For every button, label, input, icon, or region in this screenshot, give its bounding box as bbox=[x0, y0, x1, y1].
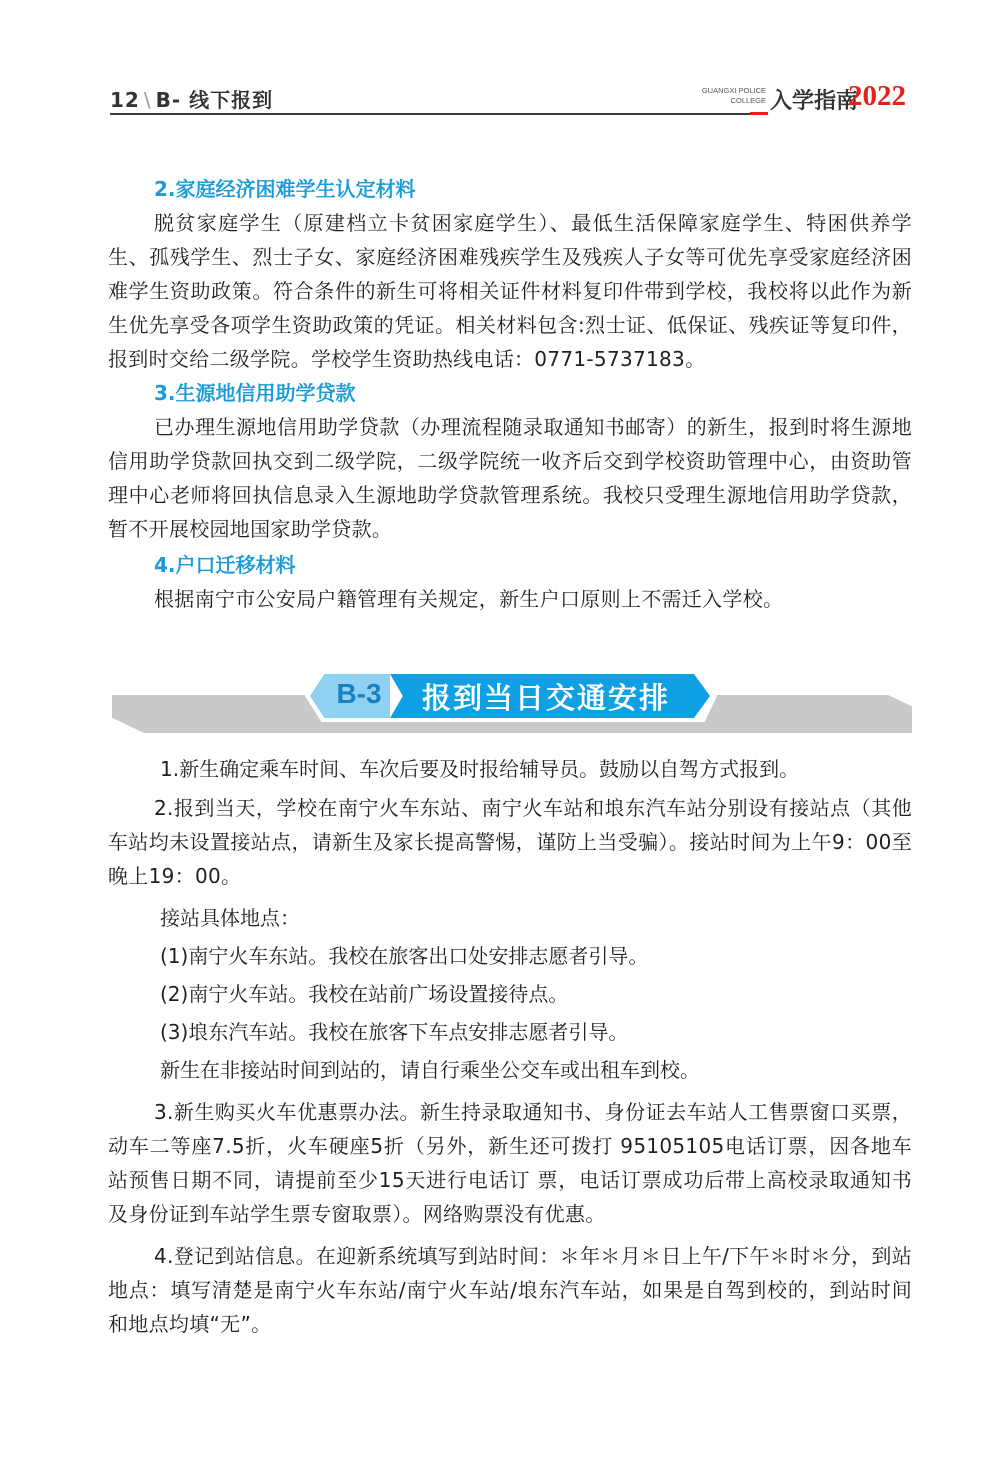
banner-tab-label: B-3 bbox=[324, 678, 394, 710]
transport-section: 1.新生确定乘车时间、车次后要及时报给辅导员。鼓励以自驾方式报到。 2.报到当天… bbox=[108, 752, 912, 1344]
banner-title: 报到当日交通安排 bbox=[422, 676, 670, 717]
financial-aid-section: 2.家庭经济困难学生认定材料 脱贫家庭学生（原建档立卡贫困家庭学生）、最低生活保… bbox=[108, 172, 912, 616]
pickup-title: 接站具体地点： bbox=[108, 901, 912, 935]
paragraph-train-discount: 3.新生购买火车优惠票办法。新生持录取通知书、身份证去车站人工售票窗口买票，动车… bbox=[108, 1095, 912, 1231]
pickup-point-3: (3)埌东汽车站。我校在旅客下车点安排志愿者引导。 bbox=[108, 1015, 912, 1049]
paragraph-household-registration: 根据南宁市公安局户籍管理有关规定，新生户口原则上不需迁入学校。 bbox=[108, 582, 912, 616]
separator: \ bbox=[144, 88, 152, 112]
section-label: B- 线下报到 bbox=[156, 88, 274, 112]
pickup-note: 新生在非接站时间到站的，请自行乘坐公交车或出租车到校。 bbox=[108, 1053, 912, 1087]
heading-hardship-materials: 2.家庭经济困难学生认定材料 bbox=[108, 172, 912, 206]
section-banner-b3: B-3 报到当日交通安排 bbox=[112, 670, 912, 734]
pickup-point-2: (2)南宁火车站。我校在站前广场设置接待点。 bbox=[108, 977, 912, 1011]
guide-year: 2022 bbox=[848, 80, 906, 113]
heading-student-loan: 3.生源地信用助学贷款 bbox=[108, 376, 912, 410]
guide-title: 入学指南 bbox=[770, 84, 858, 115]
heading-household-registration: 4.户口迁移材料 bbox=[108, 548, 912, 582]
header-rule bbox=[110, 113, 750, 115]
page-number: 12 bbox=[110, 88, 140, 112]
header-rule-accent bbox=[750, 112, 768, 115]
paragraph-confirm-schedule: 1.新生确定乘车时间、车次后要及时报给辅导员。鼓励以自驾方式报到。 bbox=[108, 752, 912, 786]
paragraph-arrival-registration: 4.登记到站信息。在迎新系统填写到站时间：＊年＊月＊日上午/下午＊时＊分，到站地… bbox=[108, 1239, 912, 1341]
running-head-left: 12\B- 线下报到 bbox=[110, 84, 273, 113]
paragraph-student-loan: 已办理生源地信用助学贷款（办理流程随录取通知书邮寄）的新生，报到时将生源地信用助… bbox=[108, 410, 912, 546]
paragraph-hardship-materials: 脱贫家庭学生（原建档立卡贫困家庭学生）、最低生活保障家庭学生、特困供养学生、孤残… bbox=[108, 206, 912, 376]
college-name-en: GUANGXI POLICECOLLEGE bbox=[676, 86, 766, 106]
paragraph-pickup-stations: 2.报到当天，学校在南宁火车东站、南宁火车站和埌东汽车站分别设有接站点（其他车站… bbox=[108, 791, 912, 893]
pickup-point-1: (1)南宁火车东站。我校在旅客出口处安排志愿者引导。 bbox=[108, 939, 912, 973]
page-header: 12\B- 线下报到 GUANGXI POLICECOLLEGE 入学指南 20… bbox=[110, 84, 910, 114]
